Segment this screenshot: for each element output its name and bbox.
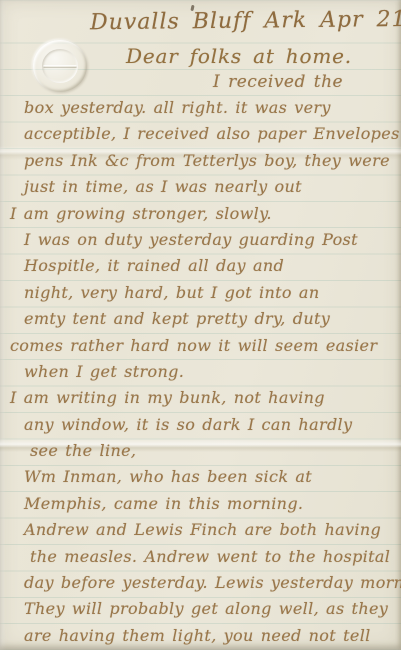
letter-line: Wm Inman, who has been sick at [0, 464, 401, 490]
letter-line: I am growing stronger, slowly. [0, 201, 401, 227]
letter-line: any window, it is so dark I can hardly [0, 412, 401, 438]
letter-line: night, very hard, but I got into an [0, 280, 401, 306]
embossed-seal-bar [43, 65, 77, 68]
letter-line: day before yesterday. Lewis yesterday mo… [0, 570, 401, 596]
letter-line: see the line, [0, 438, 401, 464]
letter-line: comes rather hard now it will seem easie… [0, 333, 401, 359]
letter-body: box yesterday. all right. it was veryacc… [0, 95, 401, 649]
opening-line: I received the [213, 72, 343, 92]
letter-line: just in time, as I was nearly out [0, 174, 401, 200]
embossed-seal-icon [33, 40, 87, 92]
salutation: Dear folks at home. [126, 44, 352, 68]
letter-line: I was on duty yesterday guarding Post [0, 227, 401, 253]
letter-line: the measles. Andrew went to the hospital [0, 544, 401, 570]
letter-line: acceptible, I received also paper Envelo… [0, 121, 401, 147]
letter-line: They will probably get along well, as th… [0, 596, 401, 622]
letter-line: I am writing in my bunk, not having [0, 385, 401, 411]
letter-line: emty tent and kept pretty dry, duty [0, 306, 401, 332]
letter-page: Duvalls Bluff Ark Apr 21th 65 Dear folks… [0, 0, 401, 650]
dateline-text: Duvalls Bluff Ark Apr 21 [90, 7, 401, 35]
letter-line: pens Ink &c from Tetterlys boy, they wer… [0, 148, 401, 174]
letter-line: when I get strong. [0, 359, 401, 385]
letter-line: Hospitle, it rained all day and [0, 253, 401, 279]
letter-line: Memphis, came in this morning. [0, 491, 401, 517]
dateline: Duvalls Bluff Ark Apr 21th 65 [90, 6, 401, 35]
letter-line: Andrew and Lewis Finch are both having [0, 517, 401, 543]
letter-line: box yesterday. all right. it was very [0, 95, 401, 121]
letter-line: are having them light, you need not tell [0, 623, 401, 649]
